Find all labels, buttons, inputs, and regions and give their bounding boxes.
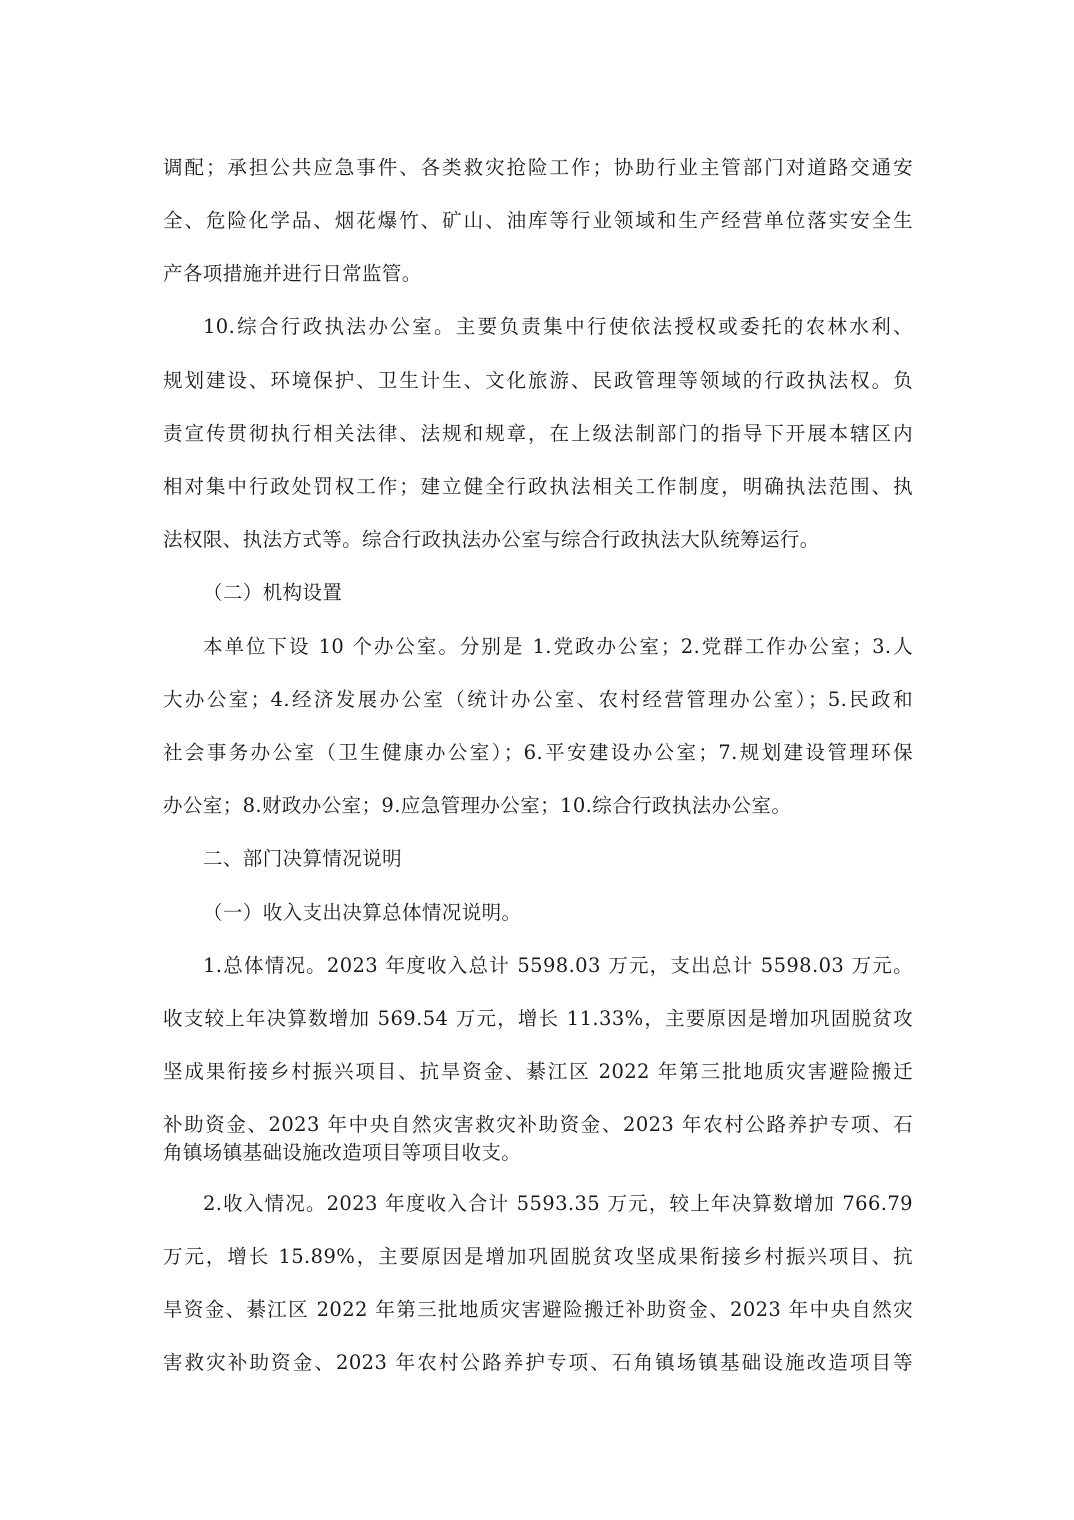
text-line: 调配；承担公共应急事件、各类救灾抢险工作；协助行业主管部门对道路交通安: [163, 155, 913, 181]
subsection-heading: （一）收入支出决算总体情况说明。: [203, 900, 953, 926]
text-line: 万元，增长 15.89%，主要原因是增加巩固脱贫攻坚成果衔接乡村振兴项目、抗: [163, 1244, 913, 1270]
text-line: 大办公室；4.经济发展办公室（统计办公室、农村经营管理办公室）；5.民政和: [163, 687, 913, 713]
section-heading: 二、部门决算情况说明: [203, 846, 953, 872]
text-line: 2.收入情况。2023 年度收入合计 5593.35 万元，较上年决算数增加 7…: [203, 1191, 913, 1217]
text-line: 角镇场镇基础设施改造项目等项目收支。: [163, 1140, 913, 1166]
text-line: 产各项措施并进行日常监管。: [163, 261, 913, 287]
text-line: 本单位下设 10 个办公室。分别是 1.党政办公室；2.党群工作办公室；3.人: [203, 634, 913, 660]
text-line: 规划建设、环境保护、卫生计生、文化旅游、民政管理等领域的行政执法权。负: [163, 368, 913, 394]
text-line: 办公室；8.财政办公室；9.应急管理办公室；10.综合行政执法办公室。: [163, 793, 913, 819]
section-10-heading-line: 10.综合行政执法办公室。主要负责集中行使依法授权或委托的农林水利、: [203, 314, 913, 340]
text-line: 坚成果衔接乡村振兴项目、抗旱资金、綦江区 2022 年第三批地质灾害避险搬迁: [163, 1059, 913, 1085]
text-line: 社会事务办公室（卫生健康办公室）；6.平安建设办公室；7.规划建设管理环保: [163, 740, 913, 766]
text-line: 全、危险化学品、烟花爆竹、矿山、油库等行业领域和生产经营单位落实安全生: [163, 208, 913, 234]
text-line: 旱资金、綦江区 2022 年第三批地质灾害避险搬迁补助资金、2023 年中央自然…: [163, 1297, 913, 1323]
text-line: 法权限、执法方式等。综合行政执法办公室与综合行政执法大队统筹运行。: [163, 527, 913, 553]
subsection-heading: （二）机构设置: [203, 580, 953, 606]
document-page: 调配；承担公共应急事件、各类救灾抢险工作；协助行业主管部门对道路交通安 全、危险…: [0, 0, 1074, 1520]
text-line: 害救灾补助资金、2023 年农村公路养护专项、石角镇场镇基础设施改造项目等: [163, 1350, 913, 1376]
text-line: 1.总体情况。2023 年度收入总计 5598.03 万元，支出总计 5598.…: [203, 953, 913, 979]
text-line: 补助资金、2023 年中央自然灾害救灾补助资金、2023 年农村公路养护专项、石: [163, 1112, 913, 1138]
text-line: 相对集中行政处罚权工作；建立健全行政执法相关工作制度，明确执法范围、执: [163, 474, 913, 500]
text-line: 收支较上年决算数增加 569.54 万元，增长 11.33%，主要原因是增加巩固…: [163, 1006, 913, 1032]
text-line: 责宣传贯彻执行相关法律、法规和规章，在上级法制部门的指导下开展本辖区内: [163, 421, 913, 447]
